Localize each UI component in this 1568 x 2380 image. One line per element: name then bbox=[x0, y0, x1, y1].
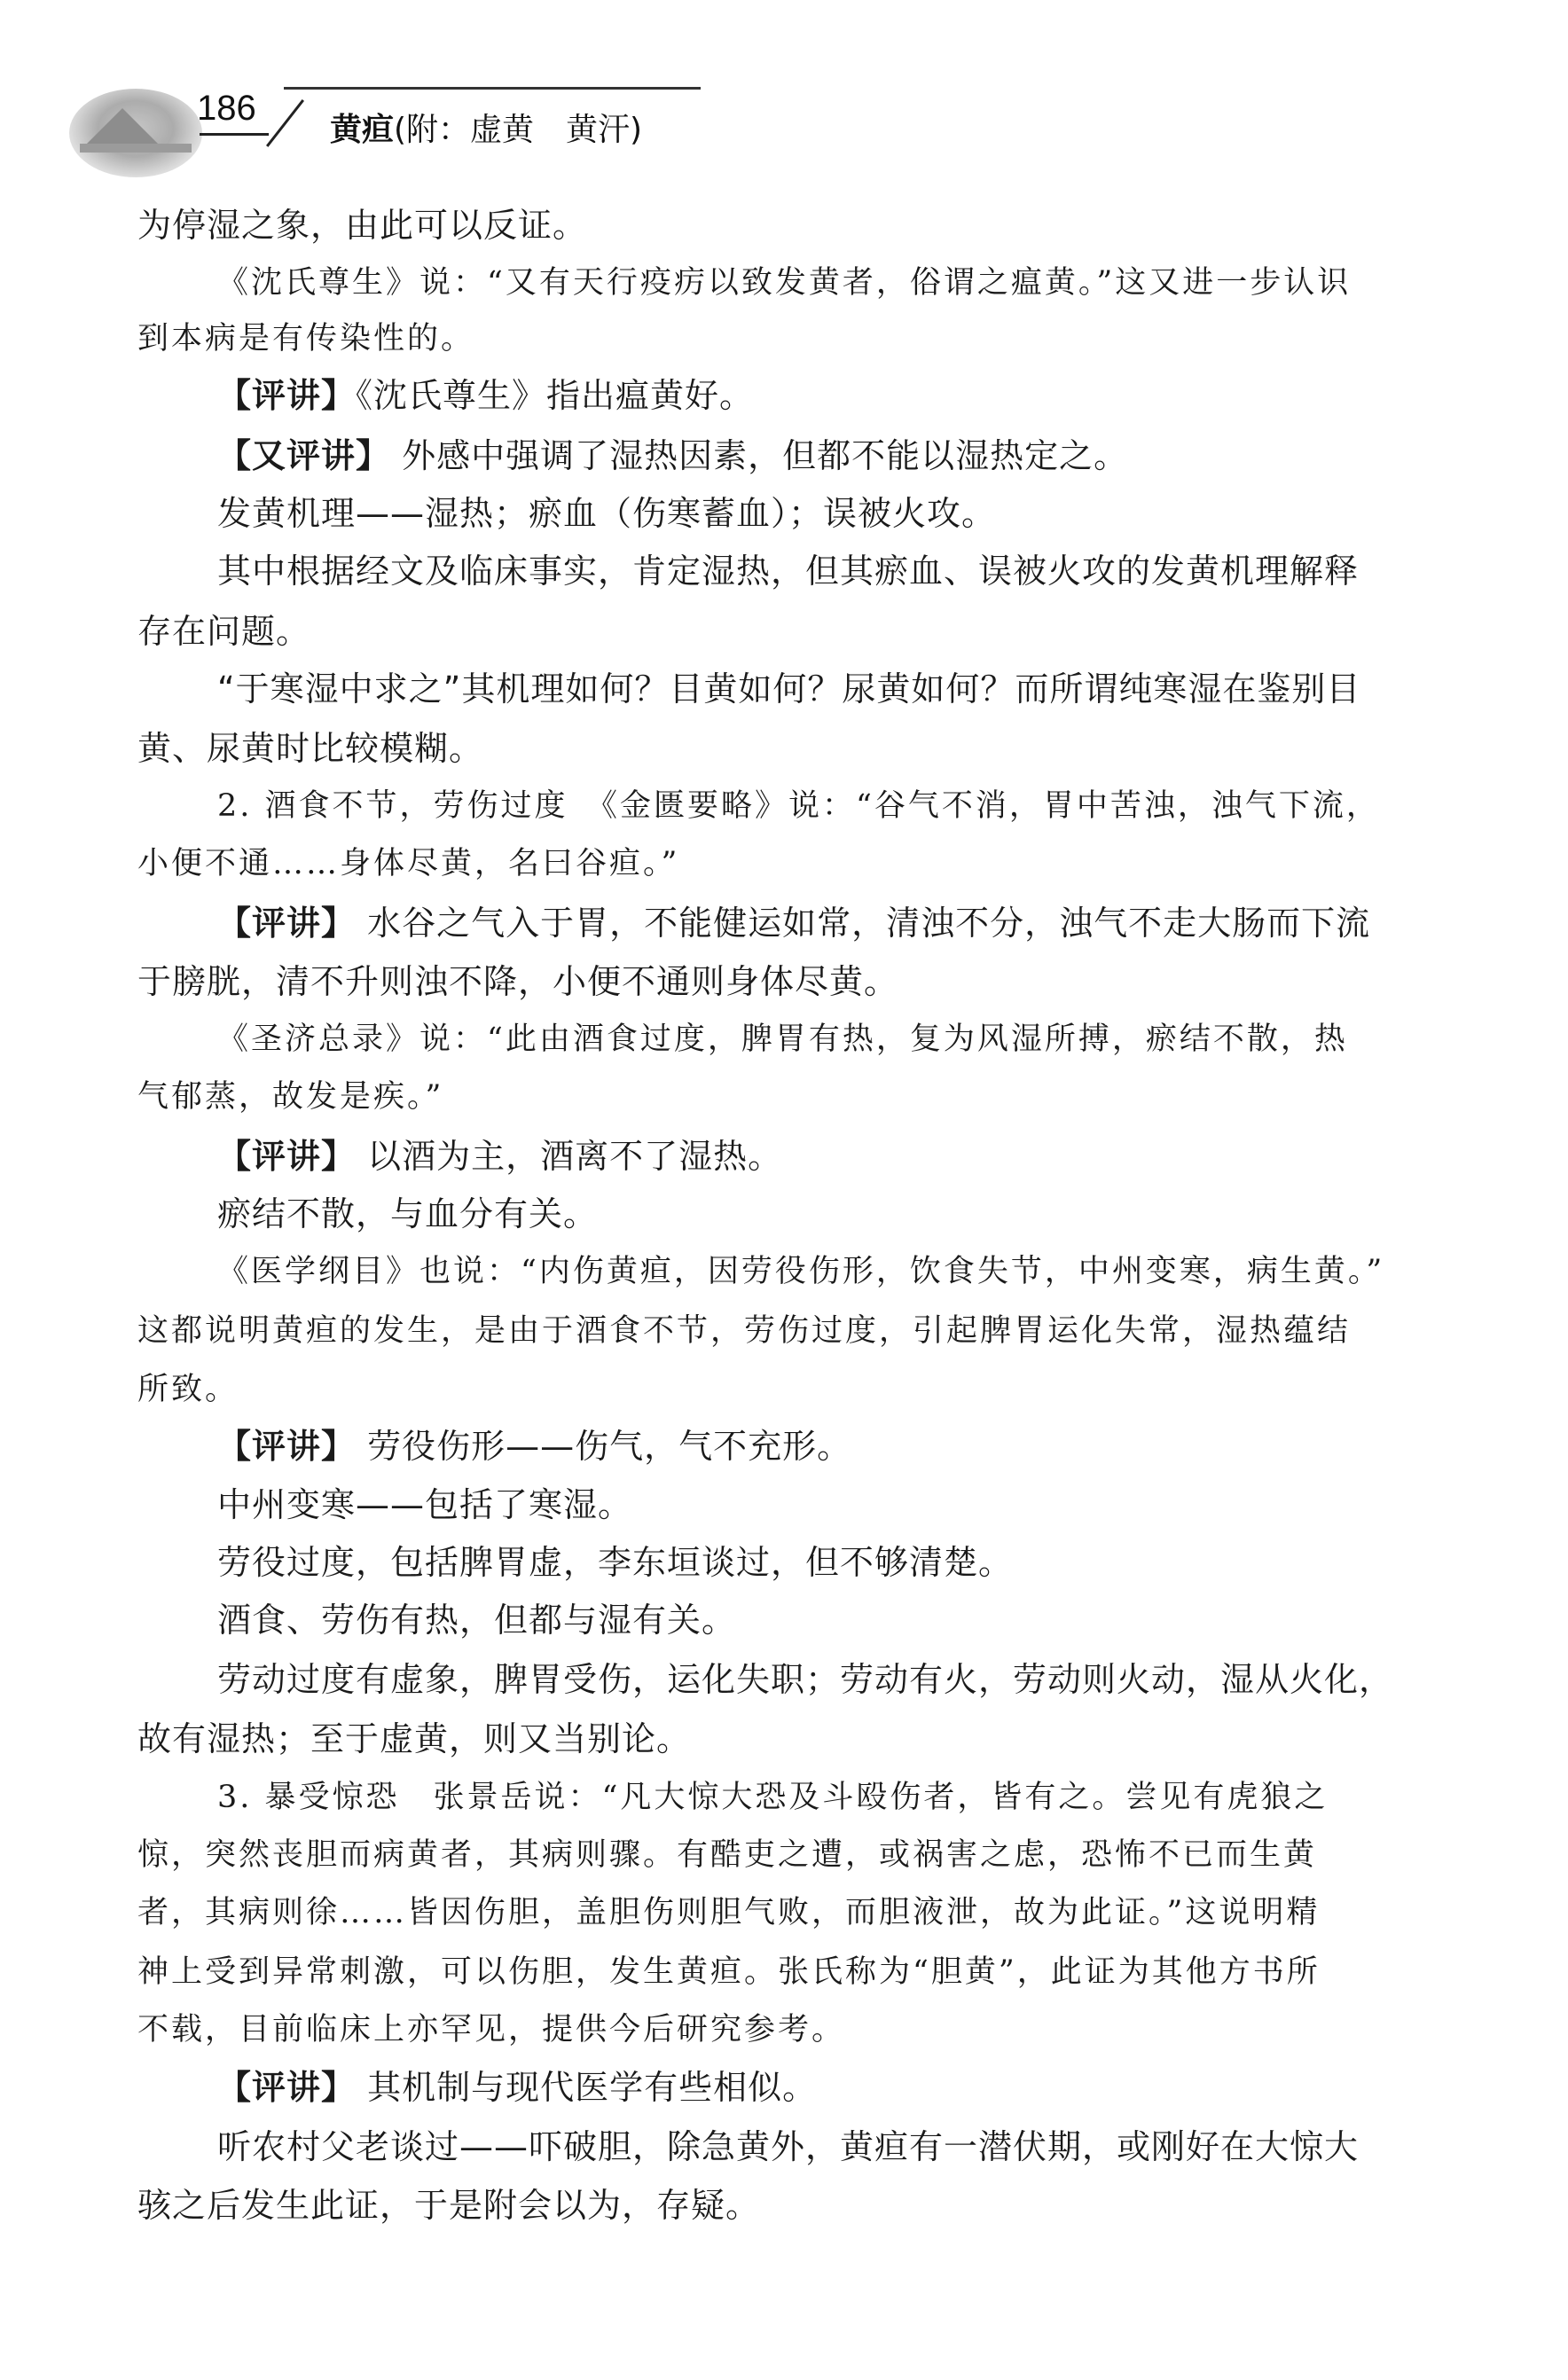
running-title-main: 黄疸 bbox=[330, 112, 394, 148]
line-text: 水谷之气入于胃，不能健运如常，清浊不分，浊气不走大肠而下流 bbox=[356, 904, 1370, 943]
text-line: 神上受到异常刺激，可以伤胆，发生黄疸。张氏称为“胆黄”，此证为其他方书所 bbox=[137, 1951, 1490, 1993]
line-text: 3. 暴受惊恐 张景岳说：“凡大惊大恐及斗殴伤者，皆有之。尝见有虎狼之 bbox=[217, 1780, 1328, 1815]
line-text: 到本病是有传染性的。 bbox=[137, 321, 474, 356]
header-rule-top bbox=[284, 87, 701, 90]
text-line: 这都说明黄疸的发生，是由于酒食不节，劳伤过度，引起脾胃运化失常，湿热蕴结 bbox=[137, 1310, 1490, 1352]
text-line: 故有湿热；至于虚黄，则又当别论。 bbox=[137, 1718, 1490, 1760]
text-line: 存在问题。 bbox=[137, 610, 1490, 653]
line-text: 外感中强调了湿热因素，但都不能以湿热定之。 bbox=[390, 436, 1128, 475]
text-line: 惊，突然丧胆而病黄者，其病则骤。有酷吏之遭，或祸害之虑，恐怖不已而生黄 bbox=[137, 1834, 1490, 1876]
line-text: 气郁蒸，故发是疾。” bbox=[137, 1079, 443, 1115]
page-number: 186 bbox=[197, 89, 256, 128]
text-line: 为停湿之象，由此可以反证。 bbox=[137, 204, 1490, 247]
text-line: 《沈氏尊生》说：“又有天行疫疠以致发黄者，俗谓之瘟黄。”这又进一步认识 bbox=[217, 262, 1490, 304]
line-text: 发黄机理——湿热；瘀血（伤寒蓄血）；误被火攻。 bbox=[217, 494, 996, 533]
text-line: 听农村父老谈过——吓破胆，除急黄外，黄疸有一潜伏期，或刚好在大惊大 bbox=[217, 2126, 1490, 2168]
line-text: 骇之后发生此证，于是附会以为，存疑。 bbox=[137, 2186, 760, 2225]
commentary-line: 【评讲】 其机制与现代医学有些相似。 bbox=[217, 2066, 1490, 2109]
line-text: 劳动过度有虚象，脾胃受伤，运化失职；劳动有火，劳动则火动，湿从火化， bbox=[217, 1660, 1393, 1699]
line-text: 劳役过度，包括脾胃虚，李东垣谈过，但不够清楚。 bbox=[217, 1543, 1013, 1582]
commentary-line: 【评讲】 水谷之气入于胃，不能健运如常，清浊不分，浊气不走大肠而下流 bbox=[217, 902, 1490, 944]
text-line: 3. 暴受惊恐 张景岳说：“凡大惊大恐及斗殴伤者，皆有之。尝见有虎狼之 bbox=[217, 1776, 1490, 1819]
line-text: 这都说明黄疸的发生，是由于酒食不节，劳伤过度，引起脾胃运化失常，湿热蕴结 bbox=[137, 1313, 1351, 1349]
line-text: 《沈氏尊生》说：“又有天行疫疠以致发黄者，俗谓之瘟黄。”这又进一步认识 bbox=[217, 265, 1351, 301]
running-title-sub: (附：虚黄 黄汗) bbox=[394, 112, 642, 148]
text-line: 骇之后发生此证，于是附会以为，存疑。 bbox=[137, 2184, 1490, 2227]
line-text: 劳役伤形——伤气，气不充形。 bbox=[356, 1427, 851, 1466]
text-line: 《圣济总录》说：“此由酒食过度，脾胃有热，复为风湿所搏，瘀结不散，热 bbox=[217, 1018, 1490, 1061]
line-text: 其机制与现代医学有些相似。 bbox=[356, 2068, 817, 2107]
line-text: 黄、尿黄时比较模糊。 bbox=[137, 729, 483, 768]
text-line: 劳役过度，包括脾胃虚，李东垣谈过，但不够清楚。 bbox=[217, 1541, 1490, 1584]
text-line: 不载，目前临床上亦罕见，提供今后研究参考。 bbox=[137, 2008, 1490, 2051]
commentary-tag: 【评讲】 bbox=[217, 1137, 356, 1176]
line-text: 2. 酒食不节，劳伤过度 《金匮要略》说：“谷气不消，胃中苦浊，浊气下流， bbox=[217, 788, 1380, 824]
text-line: “于寒湿中求之”其机理如何？目黄如何？尿黄如何？而所谓纯寒湿在鉴别目 bbox=[217, 668, 1490, 710]
line-text: 存在问题。 bbox=[137, 612, 310, 651]
line-text: 故有湿热；至于虚黄，则又当别论。 bbox=[137, 1719, 691, 1758]
text-line: 《医学纲目》也说：“内伤黄疸，因劳役伤形，饮食失节，中州变寒，病生黄。” bbox=[217, 1250, 1490, 1293]
line-text: 酒食、劳伤有热，但都与湿有关。 bbox=[217, 1601, 736, 1640]
line-text: “于寒湿中求之”其机理如何？目黄如何？尿黄如何？而所谓纯寒湿在鉴别目 bbox=[217, 669, 1360, 709]
line-text: 为停湿之象，由此可以反证。 bbox=[137, 206, 587, 245]
emblem-band bbox=[80, 144, 192, 153]
text-line: 气郁蒸，故发是疾。” bbox=[137, 1076, 1490, 1118]
commentary-line: 【评讲】 以酒为主，酒离不了湿热。 bbox=[217, 1135, 1490, 1178]
line-text: 不载，目前临床上亦罕见，提供今后研究参考。 bbox=[137, 2012, 845, 2047]
line-text: 所致。 bbox=[137, 1372, 239, 1407]
line-text: 小便不通……身体尽黄，名曰谷疸。” bbox=[137, 846, 679, 881]
line-text: 听农村父老谈过——吓破胆，除急黄外，黄疸有一潜伏期，或刚好在大惊大 bbox=[217, 2127, 1359, 2166]
text-line: 劳动过度有虚象，脾胃受伤，运化失职；劳动有火，劳动则火动，湿从火化， bbox=[217, 1658, 1490, 1701]
text-line: 者，其病则徐……皆因伤胆，盖胆伤则胆气败，而胆液泄，故为此证。”这说明精 bbox=[137, 1891, 1490, 1934]
landscape-emblem-icon bbox=[69, 89, 202, 177]
line-text: 于膀胱，清不升则浊不降，小便不通则身体尽黄。 bbox=[137, 962, 898, 1001]
commentary-tag: 【评讲】 bbox=[217, 1427, 356, 1466]
commentary-tag: 【又评讲】 bbox=[217, 436, 390, 475]
line-text: 者，其病则徐……皆因伤胆，盖胆伤则胆气败，而胆液泄，故为此证。”这说明精 bbox=[137, 1895, 1320, 1930]
line-text: 《医学纲目》也说：“内伤黄疸，因劳役伤形，饮食失节，中州变寒，病生黄。” bbox=[217, 1254, 1384, 1289]
text-line: 于膀胱，清不升则浊不降，小便不通则身体尽黄。 bbox=[137, 960, 1490, 1003]
text-line: 所致。 bbox=[137, 1368, 1490, 1411]
line-text: 其中根据经文及临床事实，肯定湿热，但其瘀血、误被火攻的发黄机理解释 bbox=[217, 552, 1359, 591]
commentary-tag: 【评讲】 bbox=[217, 904, 356, 943]
line-text: 《沈氏尊生》指出瘟黄好。 bbox=[356, 376, 754, 415]
running-title: 黄疸(附：虚黄 黄汗) bbox=[330, 111, 642, 150]
text-line: 2. 酒食不节，劳伤过度 《金匮要略》说：“谷气不消，胃中苦浊，浊气下流， bbox=[217, 785, 1490, 827]
commentary-line: 【评讲】 劳役伤形——伤气，气不充形。 bbox=[217, 1425, 1490, 1468]
mountain-shape bbox=[87, 108, 158, 144]
commentary-tag: 【评讲】 bbox=[217, 2068, 356, 2107]
header-rule-left bbox=[200, 133, 269, 136]
line-text: 《圣济总录》说：“此由酒食过度，脾胃有热，复为风湿所搏，瘀结不散，热 bbox=[217, 1022, 1348, 1057]
text-line: 发黄机理——湿热；瘀血（伤寒蓄血）；误被火攻。 bbox=[217, 492, 1490, 535]
commentary-line: 【又评讲】 外感中强调了湿热因素，但都不能以湿热定之。 bbox=[217, 435, 1490, 477]
text-line: 其中根据经文及临床事实，肯定湿热，但其瘀血、误被火攻的发黄机理解释 bbox=[217, 550, 1490, 592]
line-text: 惊，突然丧胆而病黄者，其病则骤。有酷吏之遭，或祸害之虑，恐怖不已而生黄 bbox=[137, 1837, 1317, 1873]
text-line: 酒食、劳伤有热，但都与湿有关。 bbox=[217, 1599, 1490, 1641]
text-line: 瘀结不散，与血分有关。 bbox=[217, 1193, 1490, 1235]
page-header: 186 黄疸(附：虚黄 黄汗) bbox=[0, 0, 1568, 177]
text-line: 到本病是有传染性的。 bbox=[137, 317, 1490, 360]
header-rule-slash bbox=[266, 99, 304, 147]
text-line: 黄、尿黄时比较模糊。 bbox=[137, 727, 1490, 770]
line-text: 瘀结不散，与血分有关。 bbox=[217, 1194, 598, 1233]
commentary-tag: 【评讲】 bbox=[217, 376, 356, 415]
text-line: 小便不通……身体尽黄，名曰谷疸。” bbox=[137, 842, 1490, 885]
line-text: 中州变寒——包括了寒湿。 bbox=[217, 1485, 632, 1524]
commentary-line: 【评讲】《沈氏尊生》指出瘟黄好。 bbox=[217, 374, 1490, 417]
line-text: 神上受到异常刺激，可以伤胆，发生黄疸。张氏称为“胆黄”，此证为其他方书所 bbox=[137, 1954, 1321, 1990]
text-line: 中州变寒——包括了寒湿。 bbox=[217, 1484, 1490, 1526]
line-text: 以酒为主，酒离不了湿热。 bbox=[356, 1137, 782, 1176]
